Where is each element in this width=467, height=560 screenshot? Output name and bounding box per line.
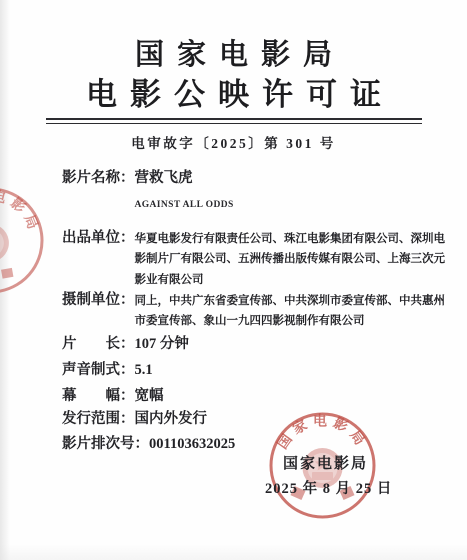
screen-aspect-value: 宽幅 — [135, 386, 452, 406]
producer-value: 华夏电影发行有限责任公司、珠江电影集团有限公司、深圳电 影制片厂有限公司、五洲传… — [135, 228, 452, 290]
sound-format-value: 5.1 — [135, 360, 452, 380]
field-screen-aspect: 幕 幅： 宽幅 — [62, 386, 451, 406]
official-seal-partial-icon: 国家电影局 — [0, 172, 59, 309]
scan-edge-shading-bottom — [0, 544, 467, 560]
field-distribution-scope: 发行范围： 国内外发行 — [62, 409, 451, 429]
field-film-title: 影片名称： 营救飞虎 AGAINST ALL ODDS — [62, 168, 451, 215]
field-label: 声音制式： — [62, 360, 135, 380]
seal-arc-text: 国家电影局 — [0, 177, 50, 239]
production-unit-value: 同上，中共广东省委宣传部、中共深圳市委宣传部、中共惠州 市委宣传部、象山一九四四… — [135, 290, 452, 332]
field-sound-format: 声音制式： 5.1 — [62, 360, 451, 380]
field-label: 影片排次号： — [62, 434, 149, 454]
national-emblem-icon — [0, 220, 13, 266]
field-runtime: 片 长： 107 分钟 — [62, 334, 451, 354]
film-title-english: AGAINST ALL ODDS — [135, 195, 452, 215]
field-producer: 出品单位： 华夏电影发行有限责任公司、珠江电影集团有限公司、深圳电 影制片厂有限… — [62, 228, 451, 290]
permit-number: 电审故字〔2025〕第 301 号 — [0, 132, 467, 152]
field-production-unit: 摄制单位： 同上，中共广东省委宣传部、中共深圳市委宣传部、中共惠州 市委宣传部、… — [62, 290, 451, 332]
issuing-authority-title: 国家电影局 — [0, 38, 467, 72]
issue-date: 2025 年 8 月 25 日 — [265, 477, 392, 498]
field-label: 出品单位： — [62, 228, 135, 248]
distribution-scope-value: 国内外发行 — [135, 409, 452, 429]
field-label: 影片名称： — [62, 168, 135, 188]
permit-fields: 影片名称： 营救飞虎 AGAINST ALL ODDS 出品单位： 华夏电影发行… — [62, 168, 451, 454]
film-screening-permit-document: 国家电影局 国家电影局 电影公映许可证 电审故字〔2025〕第 301 号 影片… — [0, 0, 467, 560]
double-rule-divider — [46, 118, 422, 124]
svg-text:国家电影局: 国家电影局 — [0, 177, 50, 239]
field-label: 片 长： — [62, 334, 135, 354]
runtime-value: 107 分钟 — [135, 334, 452, 354]
document-header: 国家电影局 电影公映许可证 电审故字〔2025〕第 301 号 — [0, 38, 467, 152]
field-label: 摄制单位： — [62, 290, 135, 310]
field-film-serial-number: 影片排次号： 001103632025 — [62, 434, 451, 454]
field-label: 幕 幅： — [62, 386, 135, 406]
field-label: 发行范围： — [62, 409, 135, 429]
issuer-name: 国家电影局 — [283, 452, 368, 473]
permit-title: 电影公映许可证 — [0, 77, 467, 113]
film-title-value: 营救飞虎 — [135, 168, 452, 188]
